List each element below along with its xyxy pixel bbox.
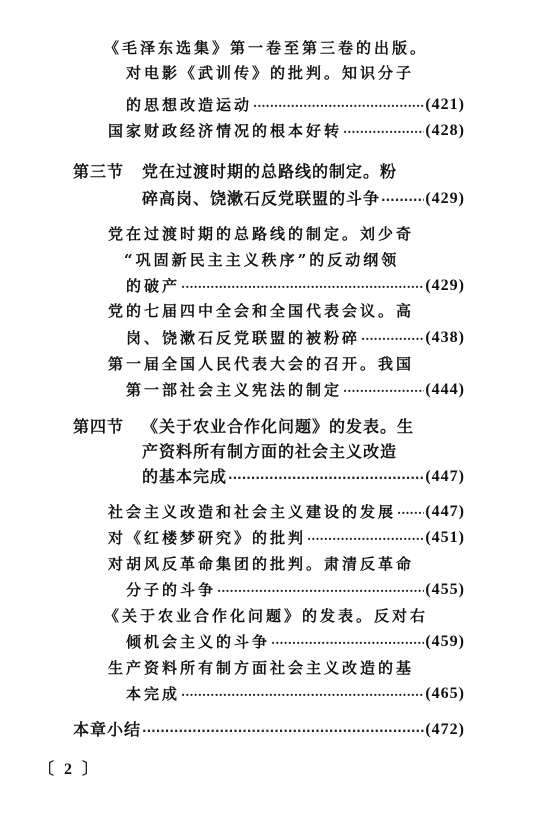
dot-leader — [142, 720, 424, 742]
page-number: (429) — [425, 275, 465, 297]
entry-text: 《关于农业合作化问题》的发表。反对右 — [104, 605, 428, 627]
page-number: (421) — [425, 94, 465, 116]
toc-entry-line: 的破产 (429) — [126, 275, 465, 297]
dot-leader — [343, 121, 424, 143]
page-number: (447) — [425, 466, 465, 488]
dot-leader — [181, 276, 424, 298]
page-number: (429) — [425, 188, 465, 210]
entry-text: 第一部社会主义宪法的制定 — [126, 379, 342, 401]
toc-entry-line: 《毛泽东选集》第一卷至第三卷的出版。 — [104, 37, 428, 59]
toc-entry-line: 党的七届四中全会和全国代表会议。高 — [108, 300, 414, 322]
toc-entry-line: 对《红楼梦研究》的批判 (451) — [108, 527, 465, 549]
page-number: (459) — [425, 631, 465, 653]
dot-leader — [181, 684, 424, 706]
entry-text: 本完成 — [126, 683, 180, 705]
dot-leader — [343, 380, 424, 402]
entry-text: 第一届全国人民代表大会的召开。我国 — [108, 353, 414, 375]
page-number: (438) — [425, 327, 465, 349]
entry-text: 对胡风反革命集团的批判。肃清反革命 — [108, 553, 414, 575]
page-number: (444) — [425, 379, 465, 401]
dot-leader — [307, 528, 424, 550]
section-heading-line: 第四节 《关于农业合作化问题》的发表。生 — [73, 416, 414, 438]
page-number: (455) — [425, 579, 465, 601]
toc-entry-line: 国家财政经济情况的根本好转 (428) — [108, 120, 465, 142]
section-label: 第四节 — [73, 416, 142, 438]
section-title: 党在过渡时期的总路线的制定。粉 — [142, 161, 397, 183]
toc-entry-line: 第一届全国人民代表大会的召开。我国 — [108, 353, 414, 375]
entry-text: 《毛泽东选集》第一卷至第三卷的出版。 — [104, 37, 428, 59]
page-number: (465) — [425, 683, 465, 705]
toc-entry-line: 对电影《武训传》的批判。知识分子 — [126, 62, 414, 84]
entry-text: 党的七届四中全会和全国代表会议。高 — [108, 300, 414, 322]
toc-entry-line: 生产资料所有制方面社会主义改造的基 — [108, 657, 414, 679]
entry-text: 生产资料所有制方面社会主义改造的基 — [108, 657, 414, 679]
entry-text: 对电影《武训传》的批判。知识分子 — [126, 62, 414, 84]
section-heading-line: 的基本完成 (447) — [142, 466, 465, 488]
dot-leader — [271, 632, 424, 654]
page-folio: 〔 2 〕 — [38, 756, 101, 779]
dot-leader — [217, 580, 424, 602]
toc-entry-line: 岗、饶漱石反党联盟的被粉碎 (438) — [126, 327, 465, 349]
toc-entry-line: “巩固新民主主义秩序”的反动纲领 — [124, 249, 399, 271]
section-title: 产资料所有制方面的社会主义改造 — [142, 441, 397, 463]
section-heading-line: 碎高岗、饶漱石反党联盟的斗争 (429) — [142, 188, 465, 210]
entry-text: 的思想改造运动 — [126, 94, 252, 116]
dot-leader — [397, 502, 424, 524]
toc-entry-line: 第一部社会主义宪法的制定 (444) — [126, 379, 465, 401]
entry-text: 岗、饶漱石反党联盟的被粉碎 — [126, 327, 360, 349]
entry-text: “巩固新民主主义秩序”的反动纲领 — [124, 249, 399, 271]
section-title: 碎高岗、饶漱石反党联盟的斗争 — [142, 188, 380, 210]
entry-text: 本章小结 — [73, 719, 141, 741]
page-number: (428) — [425, 120, 465, 142]
section-heading-line: 第三节 党在过渡时期的总路线的制定。粉 — [73, 161, 397, 183]
dot-leader — [361, 328, 424, 350]
entry-text: 国家财政经济情况的根本好转 — [108, 120, 342, 142]
dot-leader — [253, 95, 424, 117]
section-title: 《关于农业合作化问题》的发表。生 — [142, 416, 414, 438]
entry-text: 党在过渡时期的总路线的制定。刘少奇 — [108, 223, 414, 245]
toc-entry-line: 倾机会主义的斗争 (459) — [126, 631, 465, 653]
section-label: 第三节 — [73, 161, 142, 183]
entry-text: 的破产 — [126, 275, 180, 297]
toc-entry-line: 本完成 (465) — [126, 683, 465, 705]
entry-text: 倾机会主义的斗争 — [126, 631, 270, 653]
section-title: 的基本完成 — [142, 466, 227, 488]
dot-leader — [228, 467, 424, 489]
dot-leader — [381, 189, 424, 211]
toc-entry-line: 的思想改造运动 (421) — [126, 94, 465, 116]
toc-entry-line: 党在过渡时期的总路线的制定。刘少奇 — [108, 223, 414, 245]
entry-text: 社会主义改造和社会主义建设的发展 — [108, 501, 396, 523]
toc-entry-line: 对胡风反革命集团的批判。肃清反革命 — [108, 553, 414, 575]
entry-text: 对《红楼梦研究》的批判 — [108, 527, 306, 549]
section-heading-line: 产资料所有制方面的社会主义改造 — [142, 441, 397, 463]
toc-entry-line: 分子的斗争 (455) — [126, 579, 465, 601]
chapter-summary-line: 本章小结 (472) — [73, 719, 465, 741]
page-number: (447) — [425, 501, 465, 523]
page-number: (451) — [425, 527, 465, 549]
page-number: (472) — [425, 719, 465, 741]
toc-entry-line: 《关于农业合作化问题》的发表。反对右 — [104, 605, 428, 627]
toc-entry-line: 社会主义改造和社会主义建设的发展 (447) — [108, 501, 465, 523]
entry-text: 分子的斗争 — [126, 579, 216, 601]
